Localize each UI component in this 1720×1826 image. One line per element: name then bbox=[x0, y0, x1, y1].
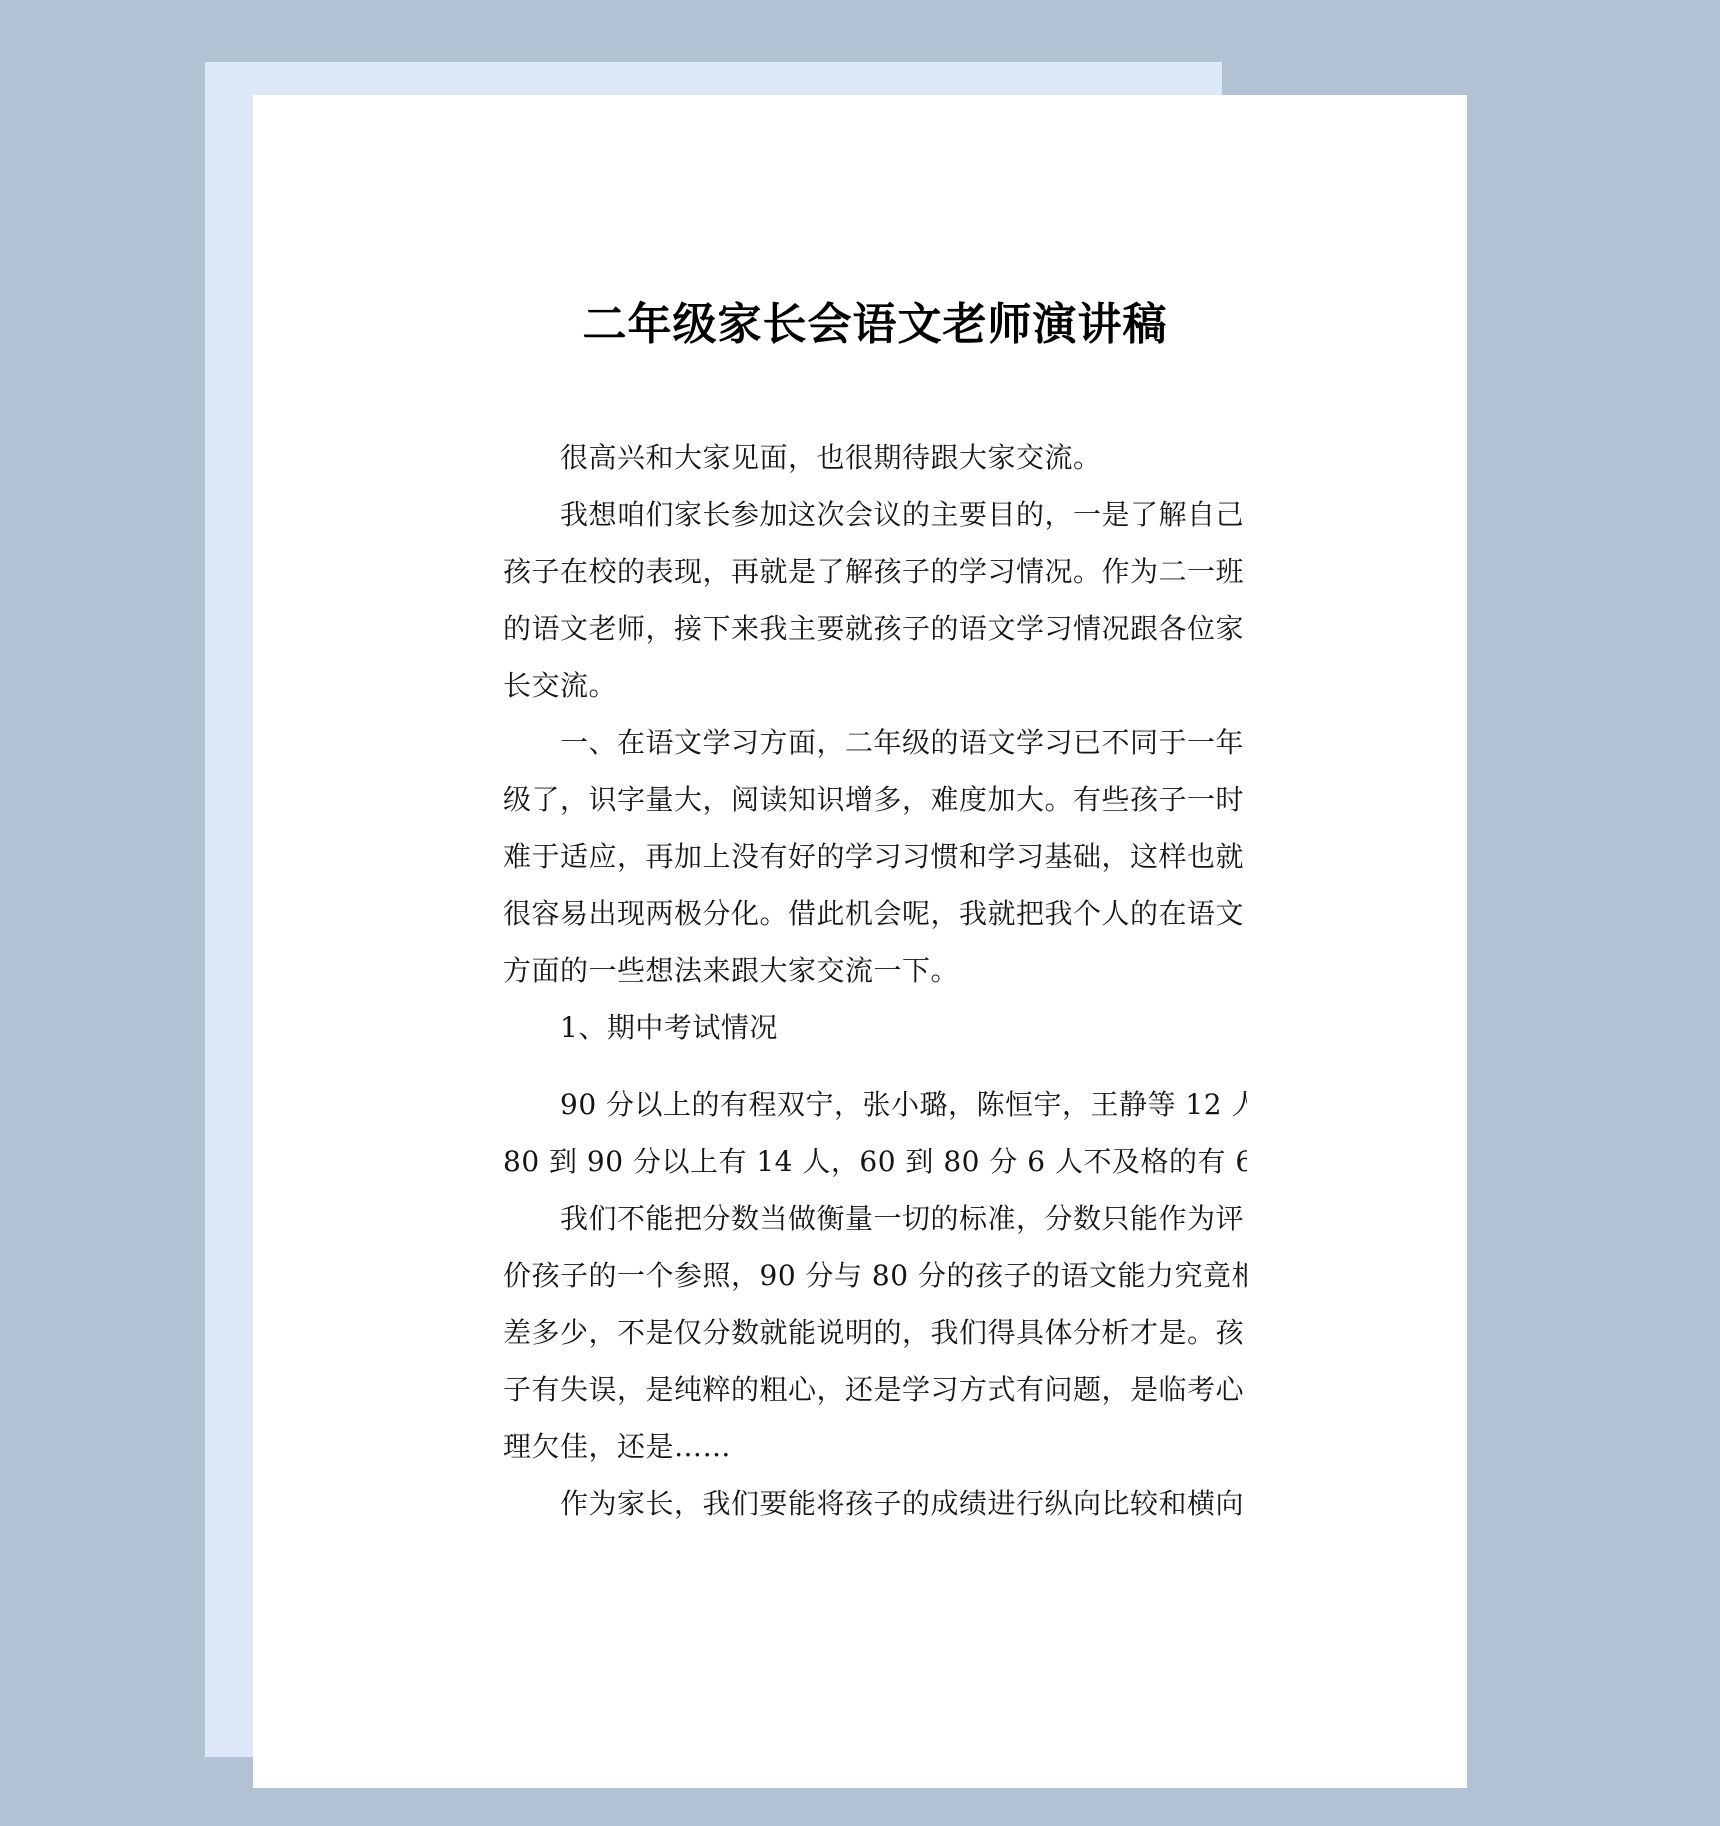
text-line: 我想咱们家长参加这次会议的主要目的，一是了解自己 bbox=[503, 486, 1247, 543]
text-line: 很高兴和大家见面，也很期待跟大家交流。 bbox=[503, 429, 1247, 486]
paragraph: 我们不能把分数当做衡量一切的标准，分数只能作为评价孩子的一个参照，90 分与 8… bbox=[503, 1190, 1247, 1475]
text-line: 理欠佳，还是…… bbox=[503, 1418, 1247, 1475]
paragraph: 90 分以上的有程双宁，张小璐，陈恒宇，王静等 12 人，80 到 90 分以上… bbox=[503, 1076, 1247, 1190]
text-line: 作为家长，我们要能将孩子的成绩进行纵向比较和横向 bbox=[503, 1475, 1247, 1532]
text-line: 1、期中考试情况 bbox=[503, 999, 1247, 1056]
text-line: 长交流。 bbox=[503, 657, 1247, 714]
text-line: 孩子在校的表现，再就是了解孩子的学习情况。作为二一班 bbox=[503, 543, 1247, 600]
text-line: 90 分以上的有程双宁，张小璐，陈恒宇，王静等 12 人， bbox=[503, 1076, 1247, 1133]
text-line: 价孩子的一个参照，90 分与 80 分的孩子的语文能力究竟相 bbox=[503, 1247, 1247, 1304]
text-line: 差多少，不是仅分数就能说明的，我们得具体分析才是。孩 bbox=[503, 1304, 1247, 1361]
paragraph: 作为家长，我们要能将孩子的成绩进行纵向比较和横向 bbox=[503, 1475, 1247, 1532]
text-line: 一、在语文学习方面，二年级的语文学习已不同于一年 bbox=[503, 714, 1247, 771]
text-line: 难于适应，再加上没有好的学习习惯和学习基础，这样也就 bbox=[503, 828, 1247, 885]
text-line: 子有失误，是纯粹的粗心，还是学习方式有问题，是临考心 bbox=[503, 1361, 1247, 1418]
text-line: 级了，识字量大，阅读知识增多，难度加大。有些孩子一时 bbox=[503, 771, 1247, 828]
text-line: 方面的一些想法来跟大家交流一下。 bbox=[503, 942, 1247, 999]
paragraph: 很高兴和大家见面，也很期待跟大家交流。 bbox=[503, 429, 1247, 486]
text-line: 很容易出现两极分化。借此机会呢，我就把我个人的在语文 bbox=[503, 885, 1247, 942]
document-page: 二年级家长会语文老师演讲稿 很高兴和大家见面，也很期待跟大家交流。我想咱们家长参… bbox=[253, 95, 1467, 1788]
text-line: 80 到 90 分以上有 14 人，60 到 80 分 6 人不及格的有 6 人… bbox=[503, 1133, 1247, 1190]
document-body: 很高兴和大家见面，也很期待跟大家交流。我想咱们家长参加这次会议的主要目的，一是了… bbox=[253, 429, 1467, 1532]
paragraph: 1、期中考试情况 bbox=[503, 999, 1247, 1056]
paragraph: 一、在语文学习方面，二年级的语文学习已不同于一年级了，识字量大，阅读知识增多，难… bbox=[503, 714, 1247, 999]
document-preview-canvas: 二年级家长会语文老师演讲稿 很高兴和大家见面，也很期待跟大家交流。我想咱们家长参… bbox=[0, 0, 1720, 1826]
text-line: 的语文老师，接下来我主要就孩子的语文学习情况跟各位家 bbox=[503, 600, 1247, 657]
paragraph: 我想咱们家长参加这次会议的主要目的，一是了解自己孩子在校的表现，再就是了解孩子的… bbox=[503, 486, 1247, 714]
text-line: 我们不能把分数当做衡量一切的标准，分数只能作为评 bbox=[503, 1190, 1247, 1247]
document-title: 二年级家长会语文老师演讲稿 bbox=[253, 301, 1467, 349]
